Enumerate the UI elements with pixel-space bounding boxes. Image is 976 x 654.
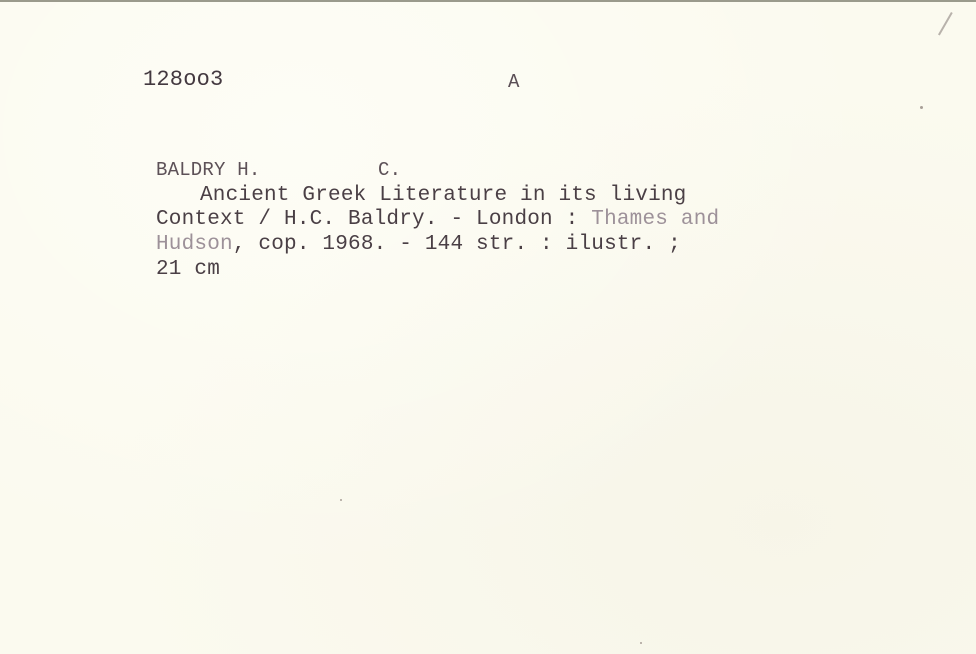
paper-speck: [920, 106, 923, 109]
publication-text: Context / H.C. Baldry. - London :: [156, 208, 591, 231]
accession-number: 128oo3: [143, 68, 223, 92]
author-initial: C.: [378, 158, 401, 182]
shelf-mark: A: [508, 70, 520, 94]
dimensions-line: 21 cm: [156, 258, 220, 282]
paper-speck: [340, 499, 342, 501]
title-line: Ancient Greek Literature in its living: [200, 184, 686, 208]
paper-speck: [640, 642, 642, 644]
pencil-mark: [938, 12, 953, 36]
author-heading: BALDRY H.: [156, 158, 260, 182]
imprint-text: , cop. 1968. - 144 str. : ilustr. ;: [233, 233, 681, 256]
publisher-continuation-faint: Hudson: [156, 233, 233, 256]
catalog-card: 128oo3 A BALDRY H. C. Ancient Greek Lite…: [0, 0, 976, 654]
publication-line: Context / H.C. Baldry. - London : Thames…: [156, 208, 719, 232]
imprint-line: Hudson, cop. 1968. - 144 str. : ilustr. …: [156, 233, 681, 257]
publisher-text-faint: Thames and: [591, 208, 719, 231]
